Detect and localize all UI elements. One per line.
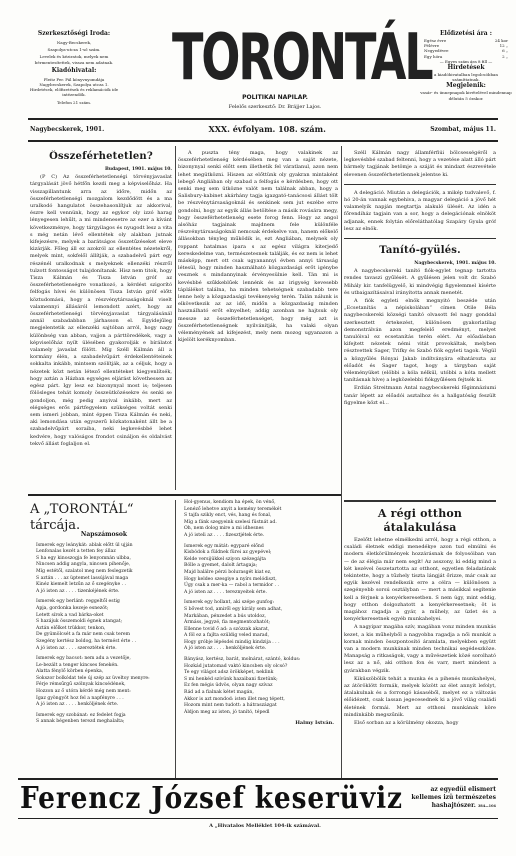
poem-stanza: Ismerek egy leánykát: ablak előtt ül ujj… (36, 543, 172, 596)
price-value: 2 „ (502, 54, 508, 59)
ad-line: hashajtószer. (432, 802, 476, 809)
lead-article-dateline: Budapest, 1901. május 10. (30, 166, 172, 173)
lead-article-col2: A puszta tény maga, hogy valakinek az ös… (178, 150, 338, 490)
poem-line: Bölle a gyemet, dalolt ártagaja; (184, 563, 334, 570)
poem-line: Nincsen addig angyla, nincsen pihenője, (36, 562, 172, 569)
poem-line: Lenfonalas kezét a tetten fey állaz (36, 549, 172, 556)
editorial-office-note: Levelek és kéziratok, melyek nem bérment… (28, 54, 120, 64)
appears-heading: Megjelenik: (420, 82, 512, 90)
editorial-office-heading: Szerkesztőségi Iroda: (28, 30, 120, 38)
newspaper-title: TORONTÁL (172, 22, 388, 94)
newspaper-page: Szerkesztőségi Iroda: Nagy-Becskerek, Sz… (0, 0, 516, 856)
household-paragraph: Első sorban az a körülmény okozza, hogy (344, 720, 496, 727)
separator (344, 238, 496, 239)
household-article-title: A régi otthon átalakulása (344, 507, 496, 535)
poem-line: Hozom mint nem tudott: a hátraszázgat (184, 703, 334, 710)
poem-line: Hozzon az ő utóra kérdé még nem ment: (36, 689, 172, 696)
lead-article-col1: Összeférhetetlen? Budapest, 1901. május … (30, 150, 172, 490)
ad-side-text: az egyedül elismert kellemes izü termész… (386, 786, 496, 810)
poem-line: S bővest tod, amiről egy király sem adha… (184, 607, 334, 614)
poem-stanza: Ismerek egy szobánat: ez fedelet fogja S… (36, 713, 172, 726)
teacher-meeting-paragraph: A fiók egyleti elnök megnyitó beszéde ut… (344, 298, 496, 384)
poem-col2: Hol-gyenus, kendiom ha épek, ön vénő, Le… (184, 500, 334, 727)
column-divider (175, 500, 176, 778)
masthead-rule (28, 118, 498, 120)
poem-line: Alatta fénylő körben épenka, (36, 669, 172, 676)
poem-line: A jó isten az . . . . henköljének érte. (184, 646, 334, 653)
dateline: Nagybecskerek, 1901. XXX. évfolyam. 108.… (30, 124, 496, 134)
issue-day: Szombat, május 11. (430, 126, 496, 133)
poem-line: A föl ez a fajlta ezüldig veled marad, (184, 633, 334, 640)
lead-article-title: Összeférhetetlen? (30, 150, 172, 164)
household-article: A régi otthon átalakulása Ezelőtt lehetn… (344, 500, 496, 776)
poem-stanza: Hol-gyenus, kendiom ha épek, ön vénő, Le… (184, 500, 334, 540)
teacher-meeting-title: Tanító-gyülés. (344, 244, 496, 258)
right-column: Széll Kálmán nagy államférfiúi bölcsessé… (344, 150, 496, 500)
household-paragraph: A nagyipar magába szív, magában vonz min… (344, 624, 496, 674)
poem-line: Kisbódok a füldnek fürei az gyepével; (184, 550, 334, 557)
poem-line: De gyümölcsét a fa már nem csak terem (36, 632, 172, 639)
poem-line: Ármáss, jegyzé, fia megmentozhatót; (184, 620, 334, 627)
poem-stanza: Ismerek egy hollant, aki szépe gunfog: S… (184, 600, 334, 653)
poem-line: S annak bégenben terezd meghalalta; (36, 719, 172, 726)
poem-line: Áldjon meg az isten, jó tanító, tépedl (184, 710, 334, 717)
ads-text: a kiadóhivatalban legolcsóbban számíttat… (420, 72, 512, 82)
lead-article-paragraph: A puszta tény maga, hogy valakinek az ös… (178, 150, 338, 344)
telephone: Telefon 21 szám. (28, 100, 120, 105)
poem-line: Oh, nem dolog mire a mi idhesnes (184, 526, 334, 533)
poem-line: A jó isten az . . . . henköljének érte. (36, 702, 172, 709)
editor-line: Felelős szerkesztő: Dr. Brájjer Lajos. (180, 104, 370, 110)
teacher-meeting-dateline: Nagybecskerek, 1901. május 10. (344, 260, 496, 267)
issue-place-year: Nagybecskerek, 1901. (30, 126, 104, 133)
publishing-office-text: Pleitz Fer. Pál könyvnyomdája Nagybecske… (28, 77, 120, 98)
poem-line: Bányász, kertész, barát, molnárat, szánt… (184, 657, 334, 664)
ads-heading: Hirdetések (420, 64, 512, 72)
poem-line: Te egy világot adsz örökképet, neklink (184, 670, 334, 677)
poem-line: Úgy csak a mer-ka — rabol a termidor . . (184, 583, 334, 590)
poem-signature: Halmy István. (184, 720, 334, 727)
ad-line: kellemes izü természetes (386, 794, 496, 802)
ad-bottom-rule (18, 818, 498, 819)
supplement-note: A „Hivatalos Melléklet 104-ik számával. (150, 823, 380, 829)
poem-line: Apja, gordonka kezeje esnezöt; (36, 606, 172, 613)
subscription-box: Előfizetési ára : Egész évre24 kor Félév… (420, 30, 512, 101)
poem-line: Ismerek egy bacsot: nem adu a vezetője, (36, 656, 172, 663)
household-paragraph: Kiküszöbölik tehát a munka és a pihenés … (344, 676, 496, 719)
column-divider (341, 146, 342, 778)
appears-text: vasár- és ünnepnapok kivételével mindenn… (420, 90, 512, 100)
teacher-meeting-paragraph: A nagybecskereki tanító fiók-egylet tegn… (344, 268, 496, 297)
separator (344, 500, 496, 502)
lead-article-paragraph: (P C) Az összeférhetetlenségi törvényjav… (30, 174, 172, 448)
editorial-office-city: Nagy-Becskerek, (28, 40, 120, 45)
poem-line: Ismerek egy hollant, aki szépe gunfog: (184, 600, 334, 607)
poem-line: Ismerek egy berlánt: reggeltől estig (36, 599, 172, 606)
editorial-office-box: Szerkesztőségi Iroda: Nagy-Becskerek, Sz… (28, 30, 120, 107)
poem-line: Míg estétől, szalatol meg nem feslegzeti… (36, 569, 172, 576)
poem-stanza: Ismerek egy mátát: egyparé előnd Kisbódo… (184, 544, 334, 597)
ad-line: az egyedül elismert (386, 786, 496, 794)
poem-line: A jó isten az . . . . szereztétek érte. (36, 646, 172, 653)
poem-line: Hol-gyenus, kendiom ha épek, ön vénő, (184, 500, 334, 507)
editorial-office-address: Szapolya-utcza 1-ső szám. (28, 47, 120, 52)
ad-code: 384—104 (478, 804, 496, 808)
poem-line: A jó isteli az . . . . fizesztjétek érte… (184, 533, 334, 540)
poem-line: A jó isten az . . . . tizenkéjének érte. (36, 589, 172, 596)
lead-article-paragraph: Széll Kálmán nagy államférfiúi bölcsessé… (344, 150, 496, 179)
household-paragraph: Ezelőtt lehetne elmélkedni arról, hogy a… (344, 537, 496, 623)
publishing-office-heading: Kiadóhivatal: (28, 67, 120, 75)
delegation-news: A delegáció. Miután a delegációk, a miké… (344, 190, 496, 233)
poem-col1: Napszámosok Ismerek egy leánykát: ablak … (36, 528, 172, 730)
subscription-heading: Előfizetési ára : (420, 30, 512, 38)
poem-line: Majd balálre pérzi bolurasgét kiat ez, (184, 570, 334, 577)
poem-line: Kinéz kiemelt letzűn az ő szegényke . . (36, 582, 172, 589)
separator (344, 184, 496, 185)
feuilleton-rule (28, 494, 341, 496)
poem-title: Napszámosok (36, 532, 172, 539)
poem-stanza: Ismerek egy bacsot: nem adu a vezetője, … (36, 656, 172, 709)
poem-line: Szegény kertész boldog, ha termést érte … (36, 639, 172, 646)
poem-line: Rád ad a fialnak kétet magán, (184, 690, 334, 697)
column-divider (175, 146, 176, 490)
poem-line: S hazájuk összemoldi égnek atangat; (36, 619, 172, 626)
poem-line: S tajfa szikly enct, vés, hang és fonal, (184, 513, 334, 520)
poem-line: A jó isten az . . . . tereznyeitek érte. (184, 590, 334, 597)
ad-headline: Ferencz József keserüviz (20, 782, 403, 816)
poem-stanza: Bányász, kertész, barát, molnárat, szánt… (184, 657, 334, 716)
teacher-meeting-paragraph: Erdián Streitmann Antal nagybecskereki f… (344, 385, 496, 407)
issue-volume: XXX. évfolyam. 108. szám. (209, 124, 326, 134)
newspaper-subtitle: POLITIKAI NAPILAP. (180, 94, 370, 101)
ad-top-rule (18, 778, 498, 780)
dateline-rule (28, 140, 498, 142)
poem-stanza: Ismerek egy berlánt: reggeltől estig Apj… (36, 599, 172, 652)
